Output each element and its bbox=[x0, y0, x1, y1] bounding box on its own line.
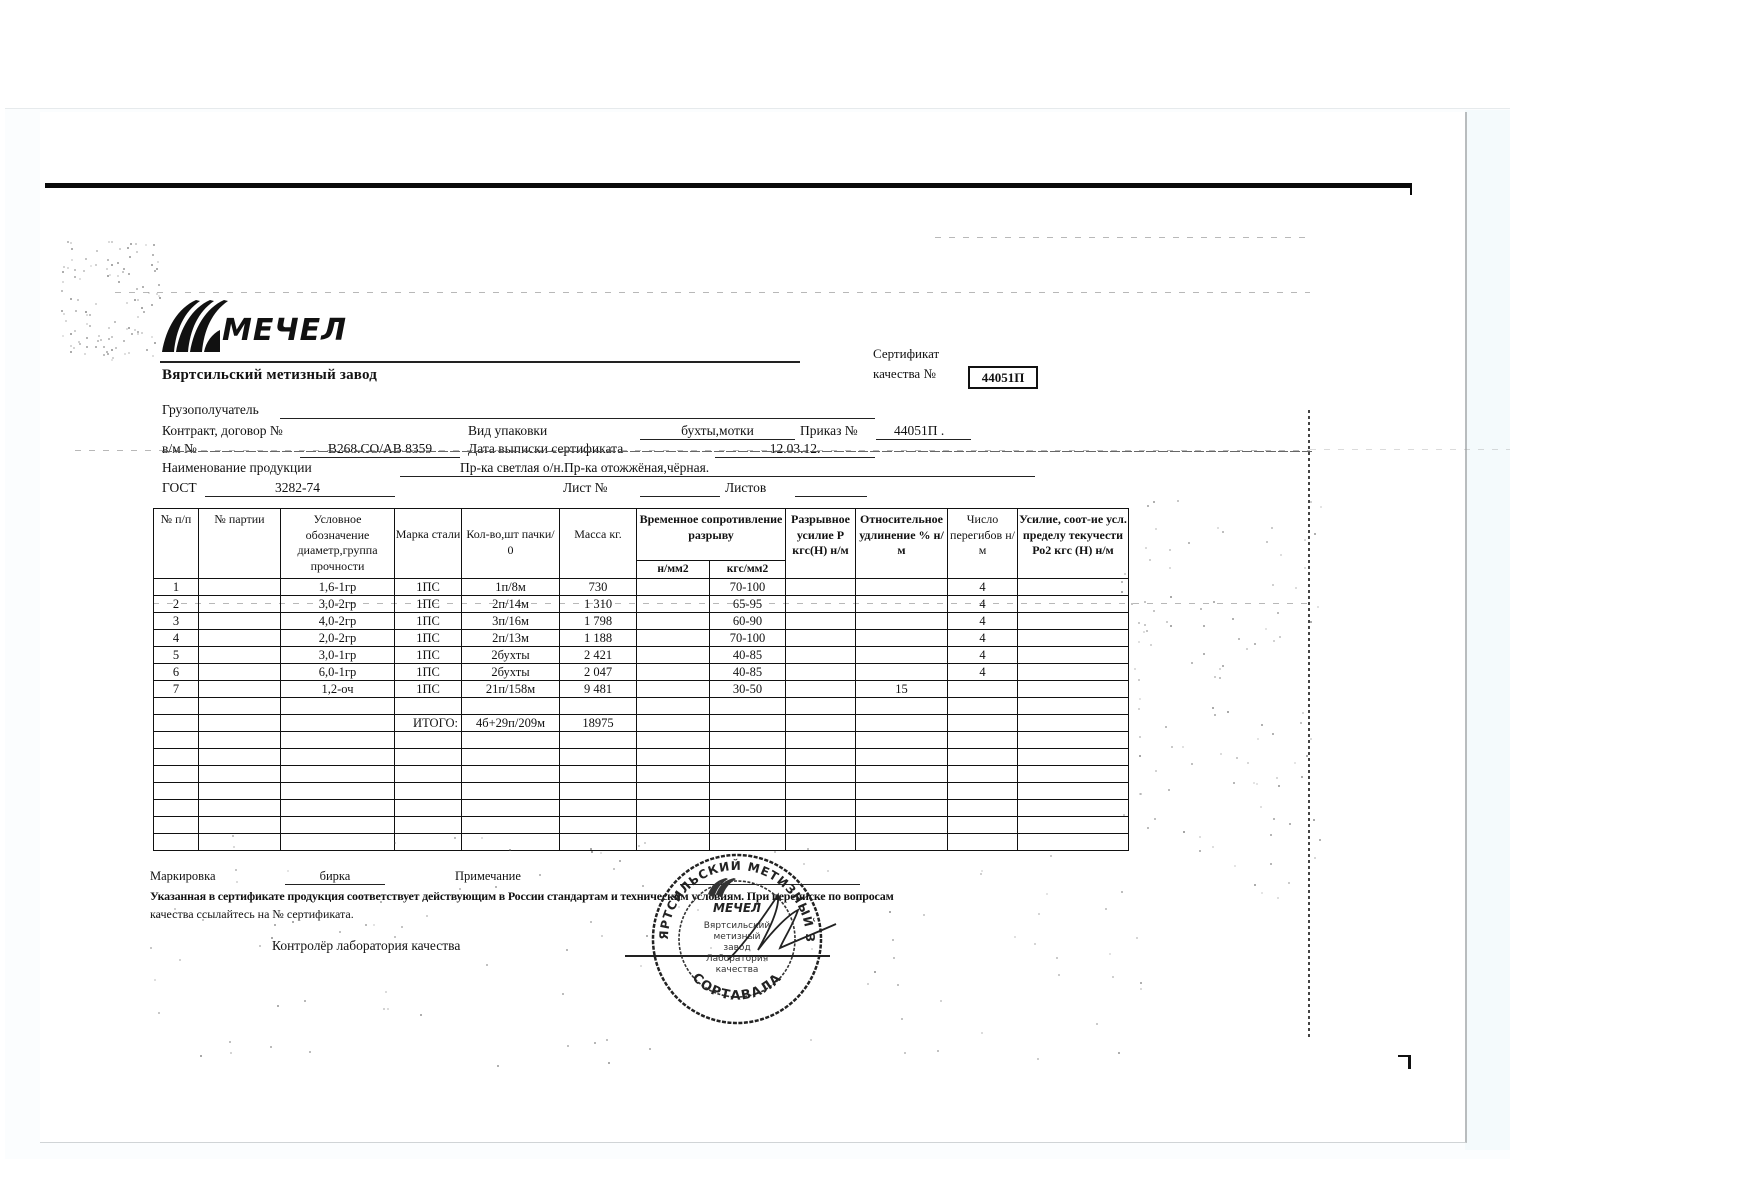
cell-break-force bbox=[786, 783, 856, 800]
scan-speck bbox=[86, 346, 88, 348]
cell-yield-force bbox=[1018, 715, 1129, 732]
cell-tensile-kgf: 40-85 bbox=[710, 647, 786, 664]
cell-elongation bbox=[856, 630, 948, 647]
cell-bends: 4 bbox=[948, 630, 1018, 647]
scan-speck bbox=[1145, 547, 1147, 549]
scan-speck bbox=[63, 313, 65, 315]
cell-quantity: 2бухты bbox=[462, 647, 560, 664]
scan-speck bbox=[1304, 539, 1306, 541]
scan-speck bbox=[1112, 976, 1114, 978]
gost-line bbox=[205, 496, 395, 497]
scan-speck bbox=[1310, 501, 1312, 503]
table-row: 11,6-1гр1ПС1п/8м73070-1004 bbox=[154, 579, 1129, 596]
scan-speck bbox=[108, 327, 110, 329]
cell-steel bbox=[395, 817, 462, 834]
cell-tensile-n bbox=[637, 715, 710, 732]
col-mass-header: Масса кг. bbox=[560, 509, 637, 579]
scan-speck bbox=[1227, 711, 1229, 713]
cell-steel bbox=[395, 749, 462, 766]
scan-speck bbox=[649, 1048, 651, 1050]
cell-yield-force bbox=[1018, 800, 1129, 817]
cell-tensile-n bbox=[637, 579, 710, 596]
cell-break-force bbox=[786, 681, 856, 698]
cell-elongation bbox=[856, 664, 948, 681]
mechel-logo: МЕЧЕЛ bbox=[160, 298, 330, 354]
scan-speck bbox=[274, 924, 276, 926]
scan-speck bbox=[62, 281, 64, 283]
cell-designation: 2,0-2гр bbox=[281, 630, 395, 647]
cell-batch bbox=[199, 783, 281, 800]
cell-break-force bbox=[786, 664, 856, 681]
cell-quantity: 2п/14м bbox=[462, 596, 560, 613]
scan-speck bbox=[126, 328, 128, 330]
cell-designation bbox=[281, 766, 395, 783]
scan-speck bbox=[154, 979, 156, 981]
cell-yield-force bbox=[1018, 783, 1129, 800]
cell-yield-force bbox=[1018, 613, 1129, 630]
scan-speck bbox=[158, 284, 160, 286]
scan-speck bbox=[117, 262, 119, 264]
issue-date-value: 12.03.12. bbox=[715, 441, 875, 457]
cell-num: 2 bbox=[154, 596, 199, 613]
cell-mass: 2 421 bbox=[560, 647, 637, 664]
compliance-text-line2: качества ссылайтесь на № сертификата. bbox=[150, 906, 354, 922]
cell-steel bbox=[395, 732, 462, 749]
cell-num bbox=[154, 715, 199, 732]
scan-speck bbox=[901, 1018, 903, 1020]
certificate-number: 44051П bbox=[968, 366, 1038, 389]
cell-tensile-kgf: 60-90 bbox=[710, 613, 786, 630]
scan-speck bbox=[590, 921, 592, 923]
scan-speck bbox=[1277, 612, 1279, 614]
packaging-label: Вид упаковки bbox=[468, 423, 547, 439]
faint-scan-line bbox=[935, 237, 1310, 238]
scan-speck bbox=[95, 346, 97, 348]
cell-tensile-kgf bbox=[710, 817, 786, 834]
cell-quantity bbox=[462, 732, 560, 749]
scan-speck bbox=[77, 299, 79, 301]
gost-label: ГОСТ bbox=[162, 480, 197, 496]
scan-speck bbox=[128, 327, 130, 329]
cell-tensile-n bbox=[637, 732, 710, 749]
scan-speck bbox=[103, 346, 105, 348]
cell-batch bbox=[199, 698, 281, 715]
faint-scan-line bbox=[115, 292, 1310, 293]
cell-tensile-kgf bbox=[710, 732, 786, 749]
scan-speck bbox=[271, 937, 273, 939]
table-row-total: ИТОГО:4б+29п/209м18975 bbox=[154, 715, 1129, 732]
cell-yield-force bbox=[1018, 749, 1129, 766]
cell-designation: 3,0-2гр bbox=[281, 596, 395, 613]
product-value: Пр-ка светлая о/н.Пр-ка отожжёная,чёрная… bbox=[400, 460, 1035, 476]
cell-tensile-n bbox=[637, 647, 710, 664]
cell-elongation bbox=[856, 766, 948, 783]
cell-yield-force bbox=[1018, 630, 1129, 647]
cell-yield-force bbox=[1018, 664, 1129, 681]
scan-speck bbox=[1155, 770, 1157, 772]
scan-speck bbox=[1056, 957, 1058, 959]
scan-speck bbox=[1096, 1023, 1098, 1025]
cell-designation: 3,0-1гр bbox=[281, 647, 395, 664]
table-row-blank bbox=[154, 800, 1129, 817]
cell-tensile-kgf bbox=[710, 766, 786, 783]
cell-tensile-n bbox=[637, 613, 710, 630]
cell-break-force bbox=[786, 647, 856, 664]
sheet-label: Лист № bbox=[563, 480, 608, 496]
scan-speck bbox=[893, 957, 895, 959]
total-quantity: 4б+29п/209м bbox=[462, 715, 560, 732]
cell-tensile-kgf bbox=[710, 715, 786, 732]
scan-speck bbox=[1169, 549, 1171, 551]
scan-speck bbox=[339, 931, 341, 933]
scan-speck bbox=[65, 320, 67, 322]
scan-speck bbox=[1150, 644, 1152, 646]
table-row-blank bbox=[154, 749, 1129, 766]
cell-num bbox=[154, 749, 199, 766]
cell-steel: 1ПС bbox=[395, 579, 462, 596]
cell-quantity: 1п/8м bbox=[462, 579, 560, 596]
cell-quantity bbox=[462, 817, 560, 834]
cell-elongation bbox=[856, 732, 948, 749]
cell-designation: 1,2-оч bbox=[281, 681, 395, 698]
cell-steel: 1ПС bbox=[395, 613, 462, 630]
svg-text:СОРТАВАЛА: СОРТАВАЛА bbox=[689, 970, 785, 1003]
scan-speck bbox=[174, 908, 176, 910]
cell-mass bbox=[560, 817, 637, 834]
cell-bends: 4 bbox=[948, 664, 1018, 681]
scan-speck bbox=[1261, 724, 1263, 726]
scan-speck bbox=[803, 863, 805, 865]
scan-speck bbox=[63, 266, 65, 268]
scan-speck bbox=[130, 243, 132, 245]
cell-num: 5 bbox=[154, 647, 199, 664]
scan-speck bbox=[67, 267, 69, 269]
scan-speck bbox=[1166, 621, 1168, 623]
cell-mass: 1 798 bbox=[560, 613, 637, 630]
cell-bends bbox=[948, 715, 1018, 732]
scan-speck bbox=[1058, 974, 1060, 976]
scan-speck bbox=[154, 270, 156, 272]
cell-tensile-n bbox=[637, 681, 710, 698]
scan-speck bbox=[1217, 527, 1219, 529]
scan-speck bbox=[259, 945, 261, 947]
scan-speck bbox=[145, 244, 147, 246]
table-row: 42,0-2гр1ПС2п/13м1 18870-1004 bbox=[154, 630, 1129, 647]
cell-steel bbox=[395, 698, 462, 715]
scan-speck bbox=[497, 1065, 499, 1067]
cell-tensile-kgf bbox=[710, 800, 786, 817]
cell-break-force bbox=[786, 732, 856, 749]
cell-steel bbox=[395, 766, 462, 783]
scan-speck bbox=[118, 281, 120, 283]
cell-designation: 1,6-1гр bbox=[281, 579, 395, 596]
cell-tensile-kgf bbox=[710, 783, 786, 800]
cell-mass bbox=[560, 766, 637, 783]
col-quantity-header: Кол-во,шт пачки/ 0 bbox=[462, 509, 560, 579]
cell-elongation bbox=[856, 749, 948, 766]
cell-num bbox=[154, 766, 199, 783]
scan-speck bbox=[889, 911, 891, 913]
scan-speck bbox=[426, 915, 428, 917]
scan-speck bbox=[1203, 625, 1205, 627]
gost-value: 3282-74 bbox=[205, 480, 395, 496]
scan-speck bbox=[89, 325, 91, 327]
cell-bends bbox=[948, 766, 1018, 783]
cell-mass: 730 bbox=[560, 579, 637, 596]
cell-mass: 9 481 bbox=[560, 681, 637, 698]
packaging-value: бухты,мотки bbox=[640, 423, 795, 439]
order-label: Приказ № bbox=[800, 423, 858, 439]
scan-speck bbox=[86, 323, 88, 325]
cell-elongation bbox=[856, 817, 948, 834]
scan-speck bbox=[62, 335, 64, 337]
scan-speck bbox=[613, 868, 615, 870]
col-bends-header: Число перегибов н/м bbox=[948, 509, 1018, 579]
scan-speck bbox=[95, 303, 97, 305]
scan-speck bbox=[106, 268, 108, 270]
cell-break-force bbox=[786, 817, 856, 834]
cell-tensile-n bbox=[637, 630, 710, 647]
faint-scan-line bbox=[1310, 449, 1510, 450]
scan-speck bbox=[1138, 641, 1140, 643]
company-stamp: ЗАО ВЯРТСИЛЬСКИЙ МЕТИЗНЫЙ ЗАВОД СОРТАВАЛ… bbox=[648, 850, 826, 1028]
cell-designation bbox=[281, 783, 395, 800]
cell-designation bbox=[281, 834, 395, 851]
cell-bends: 4 bbox=[948, 596, 1018, 613]
cell-bends bbox=[948, 783, 1018, 800]
cell-tensile-kgf: 30-50 bbox=[710, 681, 786, 698]
wagon-value: В268.СО/АВ 8359 bbox=[300, 441, 460, 457]
cell-tensile-n bbox=[637, 664, 710, 681]
cell-designation bbox=[281, 817, 395, 834]
marking-line bbox=[285, 884, 385, 885]
issue-date-line bbox=[715, 457, 875, 458]
col-elongation-header: Относительное удлинение % н/м bbox=[856, 509, 948, 579]
scan-speck bbox=[1124, 573, 1126, 575]
cell-tensile-n bbox=[637, 749, 710, 766]
product-line bbox=[400, 476, 1035, 477]
cell-batch bbox=[199, 732, 281, 749]
wagon-line bbox=[300, 457, 460, 458]
cell-tensile-n bbox=[637, 698, 710, 715]
scan-speck bbox=[202, 919, 204, 921]
cell-designation bbox=[281, 698, 395, 715]
scan-speck bbox=[567, 1045, 569, 1047]
scan-speck bbox=[1320, 506, 1322, 508]
cell-quantity bbox=[462, 783, 560, 800]
sheets-label: Листов bbox=[725, 480, 766, 496]
contract-label: Контракт, договор № bbox=[162, 423, 283, 439]
col-yield-force-header: Усилие, соот-ие усл. пределу текучести Р… bbox=[1018, 509, 1129, 579]
scan-speck bbox=[1139, 755, 1141, 757]
scan-speck bbox=[131, 333, 133, 335]
scan-speck bbox=[123, 340, 125, 342]
scan-speck bbox=[85, 258, 87, 260]
scan-speck bbox=[1147, 505, 1149, 507]
top-rule-tick bbox=[1410, 183, 1412, 195]
col-steel-header: Марка стали bbox=[395, 509, 462, 579]
total-mass: 18975 bbox=[560, 715, 637, 732]
cell-tensile-n bbox=[637, 766, 710, 783]
scan-speck bbox=[705, 987, 707, 989]
cell-mass: 2 047 bbox=[560, 664, 637, 681]
scan-speck bbox=[111, 359, 113, 361]
cell-designation bbox=[281, 715, 395, 732]
scan-speck bbox=[151, 336, 153, 338]
scan-speck bbox=[128, 273, 130, 275]
scan-speck bbox=[148, 292, 150, 294]
cell-bends: 4 bbox=[948, 579, 1018, 596]
scan-speck bbox=[1138, 622, 1140, 624]
cell-designation: 4,0-2гр bbox=[281, 613, 395, 630]
scan-speck bbox=[1213, 601, 1215, 603]
cell-break-force bbox=[786, 834, 856, 851]
scan-speck bbox=[152, 355, 154, 357]
col-num-header: № п/п bbox=[154, 509, 199, 579]
cell-steel bbox=[395, 783, 462, 800]
cell-tensile-n bbox=[637, 800, 710, 817]
scan-speck bbox=[154, 342, 156, 344]
scan-speck bbox=[111, 336, 113, 338]
cell-yield-force bbox=[1018, 681, 1129, 698]
cell-mass bbox=[560, 800, 637, 817]
scan-speck bbox=[128, 352, 130, 354]
certificate-label-line1: Сертификат bbox=[873, 344, 939, 364]
table-row-blank bbox=[154, 732, 1129, 749]
cell-bends bbox=[948, 817, 1018, 834]
cell-elongation bbox=[856, 596, 948, 613]
cell-steel: 1ПС bbox=[395, 681, 462, 698]
col-tensile-n-header: н/мм2 bbox=[637, 561, 710, 579]
cell-designation bbox=[281, 732, 395, 749]
cell-steel bbox=[395, 800, 462, 817]
cell-quantity bbox=[462, 766, 560, 783]
cell-break-force bbox=[786, 630, 856, 647]
scan-speck bbox=[1149, 559, 1151, 561]
table-row: 53,0-1гр1ПС2бухты2 42140-854 bbox=[154, 647, 1129, 664]
scan-speck bbox=[75, 310, 77, 312]
issue-date-label: Дата выписки сертификата bbox=[468, 441, 623, 457]
mechel-swoosh-icon bbox=[160, 298, 230, 354]
cell-bends bbox=[948, 800, 1018, 817]
cell-num: 1 bbox=[154, 579, 199, 596]
table-row-blank bbox=[154, 698, 1129, 715]
cell-bends bbox=[948, 834, 1018, 851]
scan-speck bbox=[109, 274, 111, 276]
scan-speck bbox=[107, 259, 109, 261]
cell-num: 7 bbox=[154, 681, 199, 698]
marking-value: бирка bbox=[285, 868, 385, 884]
col-tensile-kgf-header: кгс/мм2 bbox=[710, 561, 786, 579]
cell-tensile-kgf bbox=[710, 834, 786, 851]
scan-speck bbox=[90, 265, 92, 267]
scan-speck bbox=[1261, 892, 1263, 894]
scan-speck bbox=[1288, 882, 1290, 884]
cell-elongation bbox=[856, 715, 948, 732]
scan-speck bbox=[71, 259, 73, 261]
scan-speck bbox=[79, 278, 81, 280]
cell-mass bbox=[560, 732, 637, 749]
sheet-line bbox=[640, 496, 720, 497]
cell-yield-force bbox=[1018, 647, 1129, 664]
scan-speck bbox=[151, 264, 153, 266]
scan-speck bbox=[1168, 789, 1170, 791]
cell-num bbox=[154, 817, 199, 834]
scan-speck bbox=[1170, 625, 1172, 627]
cell-designation: 6,0-1гр bbox=[281, 664, 395, 681]
cell-break-force bbox=[786, 749, 856, 766]
cell-bends bbox=[948, 749, 1018, 766]
cell-elongation bbox=[856, 783, 948, 800]
table-row-blank bbox=[154, 766, 1129, 783]
table-row-blank bbox=[154, 783, 1129, 800]
cell-tensile-kgf bbox=[710, 698, 786, 715]
signature-icon bbox=[718, 880, 838, 970]
cell-num: 3 bbox=[154, 613, 199, 630]
scan-speck bbox=[1147, 827, 1149, 829]
scan-speck bbox=[373, 924, 375, 926]
scan-speck bbox=[70, 345, 72, 347]
consignee-label: Грузополучатель bbox=[162, 402, 259, 418]
scan-speck bbox=[1253, 782, 1255, 784]
scan-speck bbox=[1265, 628, 1267, 630]
col-batch-header: № партии bbox=[199, 509, 281, 579]
cell-tensile-kgf: 70-100 bbox=[710, 630, 786, 647]
scan-speck bbox=[1014, 936, 1016, 938]
cell-designation bbox=[281, 749, 395, 766]
table-row-blank bbox=[154, 834, 1129, 851]
cell-batch bbox=[199, 800, 281, 817]
scan-speck bbox=[1177, 500, 1179, 502]
scan-speck bbox=[1188, 542, 1190, 544]
cell-batch bbox=[199, 715, 281, 732]
scan-speck bbox=[1212, 707, 1214, 709]
scan-speck bbox=[126, 302, 128, 304]
scan-edge-strip bbox=[1465, 110, 1510, 1150]
scan-speck bbox=[70, 351, 72, 353]
product-label: Наименование продукции bbox=[162, 460, 312, 476]
cell-tensile-kgf: 70-100 bbox=[710, 579, 786, 596]
scan-speck bbox=[229, 1041, 231, 1043]
brand-name: МЕЧЕЛ bbox=[222, 316, 347, 346]
table-body: 11,6-1гр1ПС1п/8м73070-100423,0-2гр1ПС2п/… bbox=[154, 579, 1129, 851]
scan-speck bbox=[1140, 793, 1142, 795]
cell-quantity: 2бухты bbox=[462, 664, 560, 681]
scan-speck bbox=[1317, 606, 1319, 608]
scan-speck bbox=[95, 264, 97, 266]
consignee-line bbox=[280, 418, 875, 419]
scan-speck bbox=[79, 343, 81, 345]
cell-batch bbox=[199, 596, 281, 613]
cell-bends bbox=[948, 681, 1018, 698]
cell-elongation bbox=[856, 800, 948, 817]
col-designation-header: Условное обозначение диаметр,группа проч… bbox=[281, 509, 395, 579]
cell-elongation bbox=[856, 613, 948, 630]
cell-batch bbox=[199, 766, 281, 783]
cell-batch bbox=[199, 647, 281, 664]
scan-dashed-line bbox=[162, 451, 1312, 452]
packaging-line bbox=[640, 439, 795, 440]
certificate-label: Сертификат качества № bbox=[873, 344, 939, 384]
cell-quantity: 3п/16м bbox=[462, 613, 560, 630]
scan-speck bbox=[904, 1052, 906, 1054]
cell-num bbox=[154, 800, 199, 817]
cell-quantity bbox=[462, 800, 560, 817]
cell-tensile-kgf bbox=[710, 749, 786, 766]
cell-batch bbox=[199, 579, 281, 596]
col-break-force-header: Разрывное усилие Р кгс(Н) н/м bbox=[786, 509, 856, 579]
scan-right-dashed-line bbox=[1308, 410, 1310, 1040]
